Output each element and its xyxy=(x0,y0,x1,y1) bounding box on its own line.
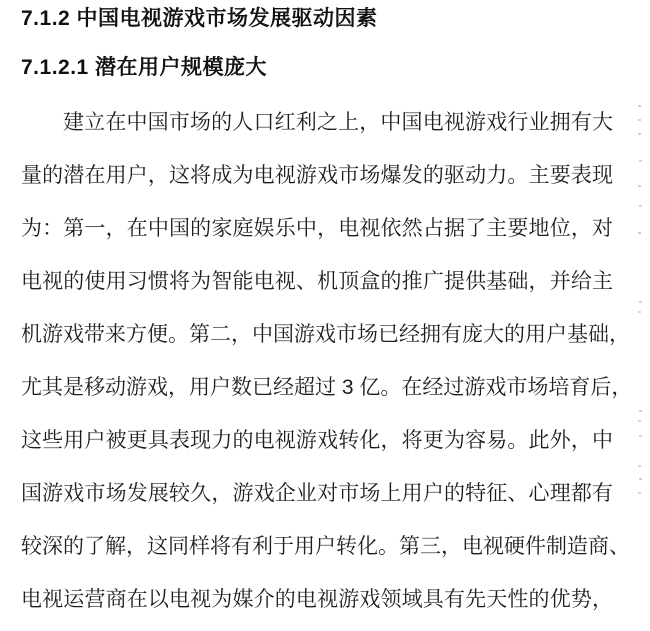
paragraph-line: 国游戏市场发展较久，游戏企业对市场上用户的特征、心理都有 xyxy=(21,467,613,520)
paragraph-line: 为：第一，在中国的家庭娱乐中，电视依然占据了主要地位，对 xyxy=(21,202,613,255)
subsection-heading: 7.1.2.1 潜在用户规模庞大 xyxy=(21,53,613,83)
paragraph-line: 较深的了解，这同样将有利于用户转化。第三，电视硬件制造商、 xyxy=(21,520,613,573)
document-page: 7.1.2 中国电视游戏市场发展驱动因素 7.1.2.1 潜在用户规模庞大 建立… xyxy=(0,0,650,631)
body-paragraph: 建立在中国市场的人口红利之上，中国电视游戏行业拥有大 量的潜在用户，这将成为电视… xyxy=(21,96,613,626)
paragraph-line: 建立在中国市场的人口红利之上，中国电视游戏行业拥有大 xyxy=(21,96,613,149)
paragraph-line: 量的潜在用户，这将成为电视游戏市场爆发的驱动力。主要表现 xyxy=(21,149,613,202)
paragraph-line: 电视运营商在以电视为媒介的电视游戏领域具有先天性的优势， xyxy=(21,573,613,626)
section-heading: 7.1.2 中国电视游戏市场发展驱动因素 xyxy=(21,4,613,34)
paragraph-line: 机游戏带来方便。第二，中国游戏市场已经拥有庞大的用户基础， xyxy=(21,308,613,361)
paragraph-line: 电视的使用习惯将为智能电视、机顶盒的推广提供基础，并给主 xyxy=(21,255,613,308)
page-edge-artifact xyxy=(638,105,641,107)
paragraph-line: 这些用户被更具表现力的电视游戏转化，将更为容易。此外，中 xyxy=(21,414,613,467)
paragraph-line: 尤其是移动游戏，用户数已经超过 3 亿。在经过游戏市场培育后， xyxy=(21,361,613,414)
